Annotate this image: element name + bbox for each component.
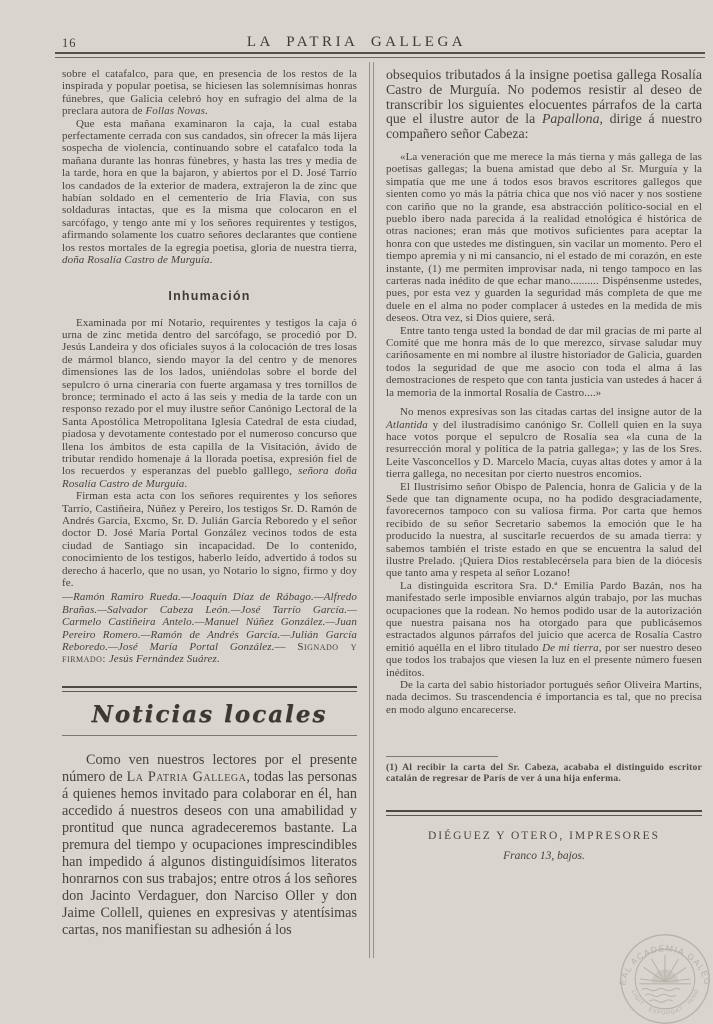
imprint-double-rule: [386, 810, 702, 816]
paragraph-noticias-lede: Como ven nuestros lectores por el presen…: [62, 752, 357, 939]
column-divider: [369, 62, 374, 958]
imprint-address: Franco 13, bajos.: [386, 850, 702, 862]
imprint-printer-name: DIÉGUEZ Y OTERO, IMPRESORES: [386, 830, 702, 842]
paragraph-oliveira-martins: De la carta del sabio historiador portug…: [386, 679, 702, 716]
section-heading-inhumacion: Inhumación: [62, 289, 357, 303]
right-column: obsequios tributados á la insigne poetis…: [386, 68, 702, 862]
header-rule: [55, 52, 705, 58]
paragraph-pardo-bazan: La distinguida escritora Sra. D.ª Emilia…: [386, 580, 702, 679]
paragraph-catafalco: sobre el catafalco, para que, en presenc…: [62, 68, 357, 118]
rising-sun-icon: [639, 955, 691, 1002]
paragraph-inhumacion-acta: Examinada por mí Notario, requirentes y …: [62, 317, 357, 491]
masthead-title: LA PATRIA GALLEGA: [0, 34, 713, 51]
section-double-rule: [62, 686, 357, 692]
section-heading-noticias-locales: Noticias locales: [62, 701, 357, 728]
paragraph-obsequios: obsequios tributados á la insigne poetis…: [386, 68, 702, 142]
footnote-rule: [386, 756, 498, 757]
paragraph-examen-caja: Que esta mañana examinaron la caja, la c…: [62, 118, 357, 267]
signatures-paragraph: —Ramón Ramiro Rueda.—Joaquín Díaz de Ráb…: [62, 591, 357, 665]
paragraph-carta-gracias: Entre tanto tenga usted la bondad de dar…: [386, 325, 702, 399]
footnote-block: (1) Al recibir la carta del Sr. Cabeza, …: [386, 756, 702, 784]
paragraph-firmantes: Firman esta acta con los señores require…: [62, 490, 357, 589]
heading-underline-rule: [62, 735, 357, 736]
left-column: sobre el catafalco, para que, en presenc…: [62, 68, 357, 939]
paragraph-obispo-palencia: El Ilustrísimo señor Obispo de Palencia,…: [386, 481, 702, 580]
paragraph-carta-veneracion: «La veneración que me merece la más tier…: [386, 151, 702, 325]
footnote-text: (1) Al recibir la carta del Sr. Cabeza, …: [386, 762, 702, 784]
academy-seal-stamp: REAL ACADEMIA GALEGA COLLIGIT · EXPURGAT…: [617, 931, 713, 1024]
newspaper-page: 16 LA PATRIA GALLEGA sobre el catafalco,…: [0, 0, 713, 1024]
paragraph-cartas-collell: No menos expresivas son las citadas cart…: [386, 406, 702, 480]
